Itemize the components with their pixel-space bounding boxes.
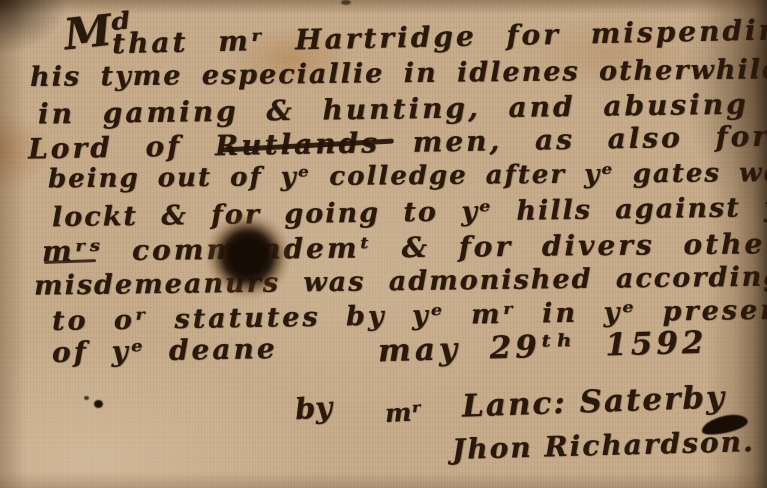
signature-lanc-saterby: Lanc: Saterby <box>461 380 726 425</box>
manuscript-line: being out of yᵉ colledge after yᵉ gates … <box>48 159 767 196</box>
date-text: may 29ᵗʰ 1592 <box>378 326 708 370</box>
attestation-by-label: by <box>294 391 333 427</box>
manuscript-line: that mʳ Hartridge for mispending <box>112 14 767 61</box>
manuscript-photo: Mᵈ that mʳ Hartridge for mispending his … <box>0 0 767 488</box>
ink-speck <box>94 400 103 408</box>
manuscript-line: lockt & for going to yᵉ hills against yᵉ <box>52 192 767 233</box>
signature-prefix-mr: mʳ <box>384 398 422 429</box>
ink-blot <box>205 213 291 299</box>
manuscript-line: of yᵉ deane <box>52 333 278 369</box>
ink-speck <box>341 0 351 5</box>
ink-speck <box>84 396 89 400</box>
